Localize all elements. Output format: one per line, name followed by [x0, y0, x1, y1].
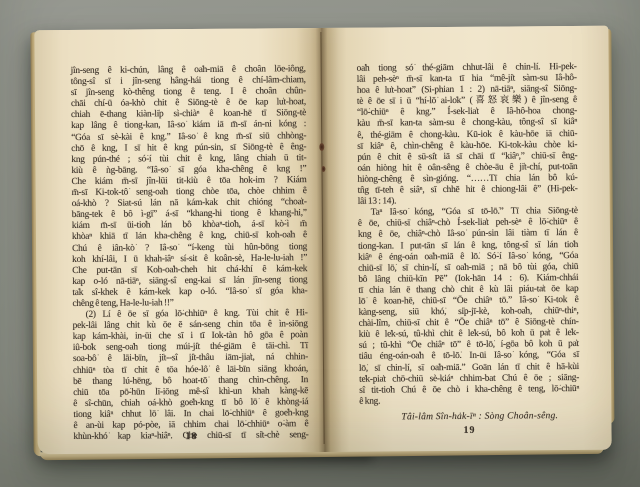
text-line: ê kng. — [359, 395, 579, 408]
stain-speck — [319, 143, 324, 151]
page-number-18: 18 — [161, 431, 221, 442]
text-line: sî tit-tio̍h Chú ê ōe chò i kha-chêng ê … — [359, 384, 579, 397]
text-line: tn̂g tī-teh ê siâⁿ, sī chhē hit ê chiong… — [358, 184, 578, 197]
page-18-text-column: jîn-seng ê ki-chún, lâng ê oa̍h-miā ê ch… — [71, 64, 309, 443]
author-attribution: Tâi-lâm Sîn-ha̍k-īⁿ : Sòng Choân-sêng. — [359, 410, 579, 423]
page-number-19: 19 — [439, 425, 499, 436]
open-book: jîn-seng ê ki-chún, lâng ê oa̍h-miā ê ch… — [34, 26, 611, 454]
photo-background: jîn-seng ê ki-chún, lâng ê oa̍h-miā ê ch… — [0, 0, 640, 487]
stain-speck — [321, 166, 325, 172]
page-19-text-column: oa̍h tiong só͘ thé-giām chhut-lâi ê chin… — [357, 62, 580, 408]
text-line: ta̍k sî-khek ê kám-kek kap o-ló. “Iâ-so͘… — [72, 286, 307, 299]
